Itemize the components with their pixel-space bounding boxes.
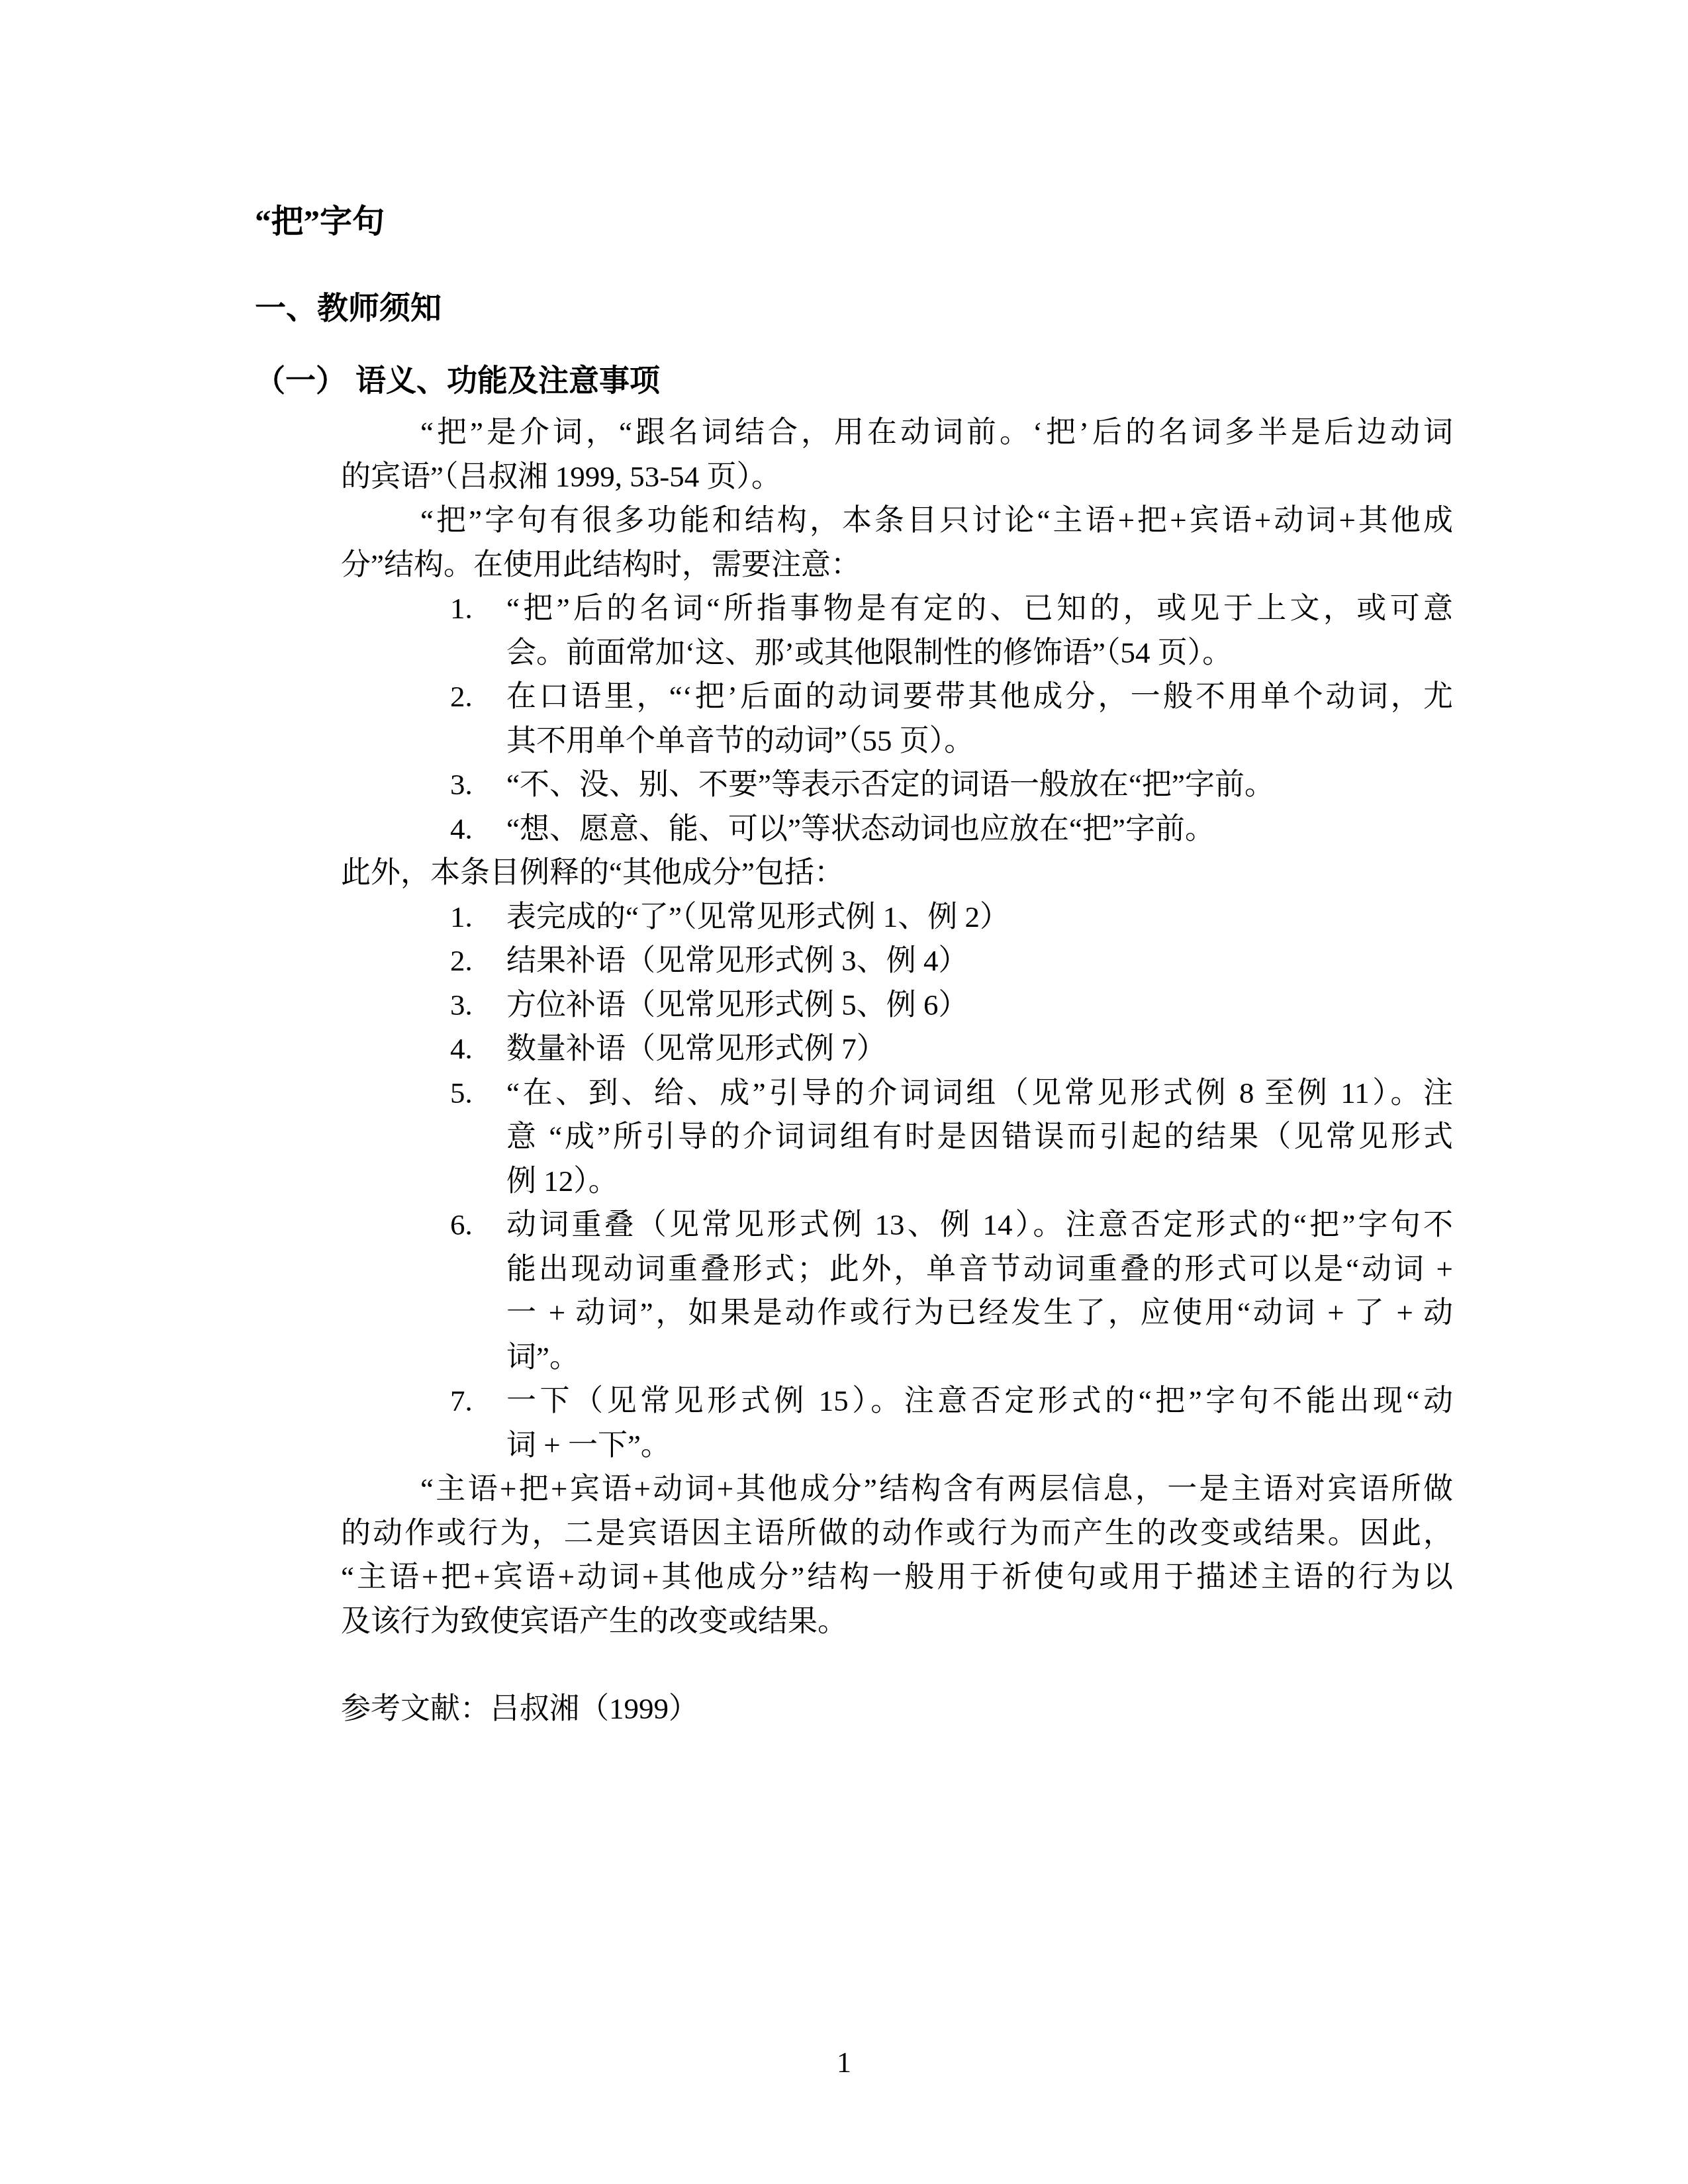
list-b-item-2-number: 2. [450, 939, 473, 983]
list-a-item-2-line2: 其不用单个单音节的动词”（55 页）。 [506, 719, 1453, 763]
list-a-item-2: 2. 在口语里，“‘把’后面的动词要带其他成分，一般不用单个动词，尤 其不用单个… [341, 675, 1453, 763]
list-b-item-1-line1: 表完成的“了”（见常见形式例 1、例 2） [506, 895, 1453, 939]
list-a-item-2-number: 2. [450, 675, 473, 719]
list-b-item-3-number: 3. [450, 983, 473, 1027]
list-a-item-3: 3. “不、没、别、不要”等表示否定的词语一般放在“把”字前。 [341, 763, 1453, 807]
para2-line2: 分”结构。在使用此结构时，需要注意： [341, 543, 1453, 587]
reference-line: 参考文献：吕叔湘（1999） [341, 1687, 1453, 1731]
list-b-item-1-number: 1. [450, 895, 473, 939]
list-a-item-4-line1: “想、愿意、能、可以”等状态动词也应放在“把”字前。 [506, 807, 1453, 851]
list-b-item-5: 5. “在、到、给、成”引导的介词词组（见常见形式例 8 至例 11）。注 意 … [341, 1071, 1453, 1204]
para3-line3: “主语+把+宾语+动词+其他成分”结构一般用于祈使句或用于描述主语的行为以 [341, 1555, 1453, 1599]
subsection-marker: （一） [255, 363, 346, 397]
list-a-item-3-number: 3. [450, 763, 473, 807]
list-b-item-3: 3. 方位补语（见常见形式例 5、例 6） [341, 983, 1453, 1027]
para3-line1: “主语+把+宾语+动词+其他成分”结构含有两层信息，一是主语对宾语所做 [341, 1467, 1453, 1511]
list-b-item-5-number: 5. [450, 1071, 473, 1116]
list-a-item-4-number: 4. [450, 807, 473, 851]
section-heading-teacher-notes: 一、教师须知 [255, 290, 442, 327]
list-a-item-2-line1: 在口语里，“‘把’后面的动词要带其他成分，一般不用单个动词，尤 [506, 675, 1453, 719]
list-b-item-5-line3: 例 12）。 [506, 1159, 1453, 1204]
list-a-item-4: 4. “想、愿意、能、可以”等状态动词也应放在“把”字前。 [341, 807, 1453, 851]
list-b-item-3-line1: 方位补语（见常见形式例 5、例 6） [506, 983, 1453, 1027]
list-b-item-6-line3: 一 + 动词”，如果是动作或行为已经发生了，应使用“动词 + 了 + 动 [506, 1291, 1453, 1335]
list-a-item-3-line1: “不、没、别、不要”等表示否定的词语一般放在“把”字前。 [506, 763, 1453, 807]
list-b-item-4: 4. 数量补语（见常见形式例 7） [341, 1027, 1453, 1071]
list-b-item-6: 6. 动词重叠（见常见形式例 13、例 14）。注意否定形式的“把”字句不 能出… [341, 1203, 1453, 1379]
list-b-item-4-line1: 数量补语（见常见形式例 7） [506, 1027, 1453, 1071]
page-number: 1 [0, 2048, 1688, 2077]
list-a-item-1-line2: 会。前面常加‘这、那’或其他限制性的修饰语”（54 页）。 [506, 631, 1453, 675]
list-b-item-6-line4: 词”。 [506, 1335, 1453, 1380]
list-b-item-6-line1: 动词重叠（见常见形式例 13、例 14）。注意否定形式的“把”字句不 [506, 1203, 1453, 1247]
list-b-item-5-line1: “在、到、给、成”引导的介词词组（见常见形式例 8 至例 11）。注 [506, 1071, 1453, 1116]
list-b-item-7-line1: 一下（见常见形式例 15）。注意否定形式的“把”字句不能出现“动 [506, 1379, 1453, 1423]
document-page: “把”字句 一、教师须知 （一）语义、功能及注意事项 “把”是介词，“跟名词结合… [0, 0, 1688, 2184]
para1-line2: 的宾语”（吕叔湘 1999, 53-54 页）。 [341, 455, 1453, 499]
list-b-item-6-number: 6. [450, 1203, 473, 1247]
para3-line2: 的动作或行为，二是宾语因主语所做的动作或行为而产生的改变或结果。因此， [341, 1511, 1453, 1556]
list-a-item-1: 1. “把”后的名词“所指事物是有定的、已知的，或见于上文，或可意 会。前面常加… [341, 587, 1453, 675]
list-b-item-7-line2: 词 + 一下”。 [506, 1423, 1453, 1468]
list-b-item-2: 2. 结果补语（见常见形式例 3、例 4） [341, 939, 1453, 983]
list-b-item-2-line1: 结果补语（见常见形式例 3、例 4） [506, 939, 1453, 983]
subsection-label: 语义、功能及注意事项 [355, 363, 660, 397]
list-b-item-5-line2: 意 “成”所引导的介词词组有时是因错误而引起的结果（见常见形式 [506, 1115, 1453, 1159]
body-text: “把”是介词，“跟名词结合，用在动词前。‘把’后的名词多半是后边动词 的宾语”（… [341, 410, 1453, 1731]
list-a-item-1-line1: “把”后的名词“所指事物是有定的、已知的，或见于上文，或可意 [506, 587, 1453, 631]
para3-line4: 及该行为致使宾语产生的改变或结果。 [341, 1599, 1453, 1644]
list-b-item-6-line2: 能出现动词重叠形式；此外，单音节动词重叠的形式可以是“动词 + [506, 1247, 1453, 1292]
list-b-item-1: 1. 表完成的“了”（见常见形式例 1、例 2） [341, 895, 1453, 939]
list-a-item-1-number: 1. [450, 587, 473, 631]
list-b-item-4-number: 4. [450, 1027, 473, 1071]
doc-title: “把”字句 [255, 203, 385, 242]
subsection-heading: （一）语义、功能及注意事项 [255, 362, 660, 399]
list-b-item-7-number: 7. [450, 1379, 473, 1423]
para1-line1: “把”是介词，“跟名词结合，用在动词前。‘把’后的名词多半是后边动词 [341, 410, 1453, 455]
para2-line1: “把”字句有很多功能和结构，本条目只讨论“主语+把+宾语+动词+其他成 [341, 499, 1453, 543]
transition-line: 此外，本条目例释的“其他成分”包括： [341, 851, 1453, 895]
list-b-item-7: 7. 一下（见常见形式例 15）。注意否定形式的“把”字句不能出现“动 词 + … [341, 1379, 1453, 1467]
